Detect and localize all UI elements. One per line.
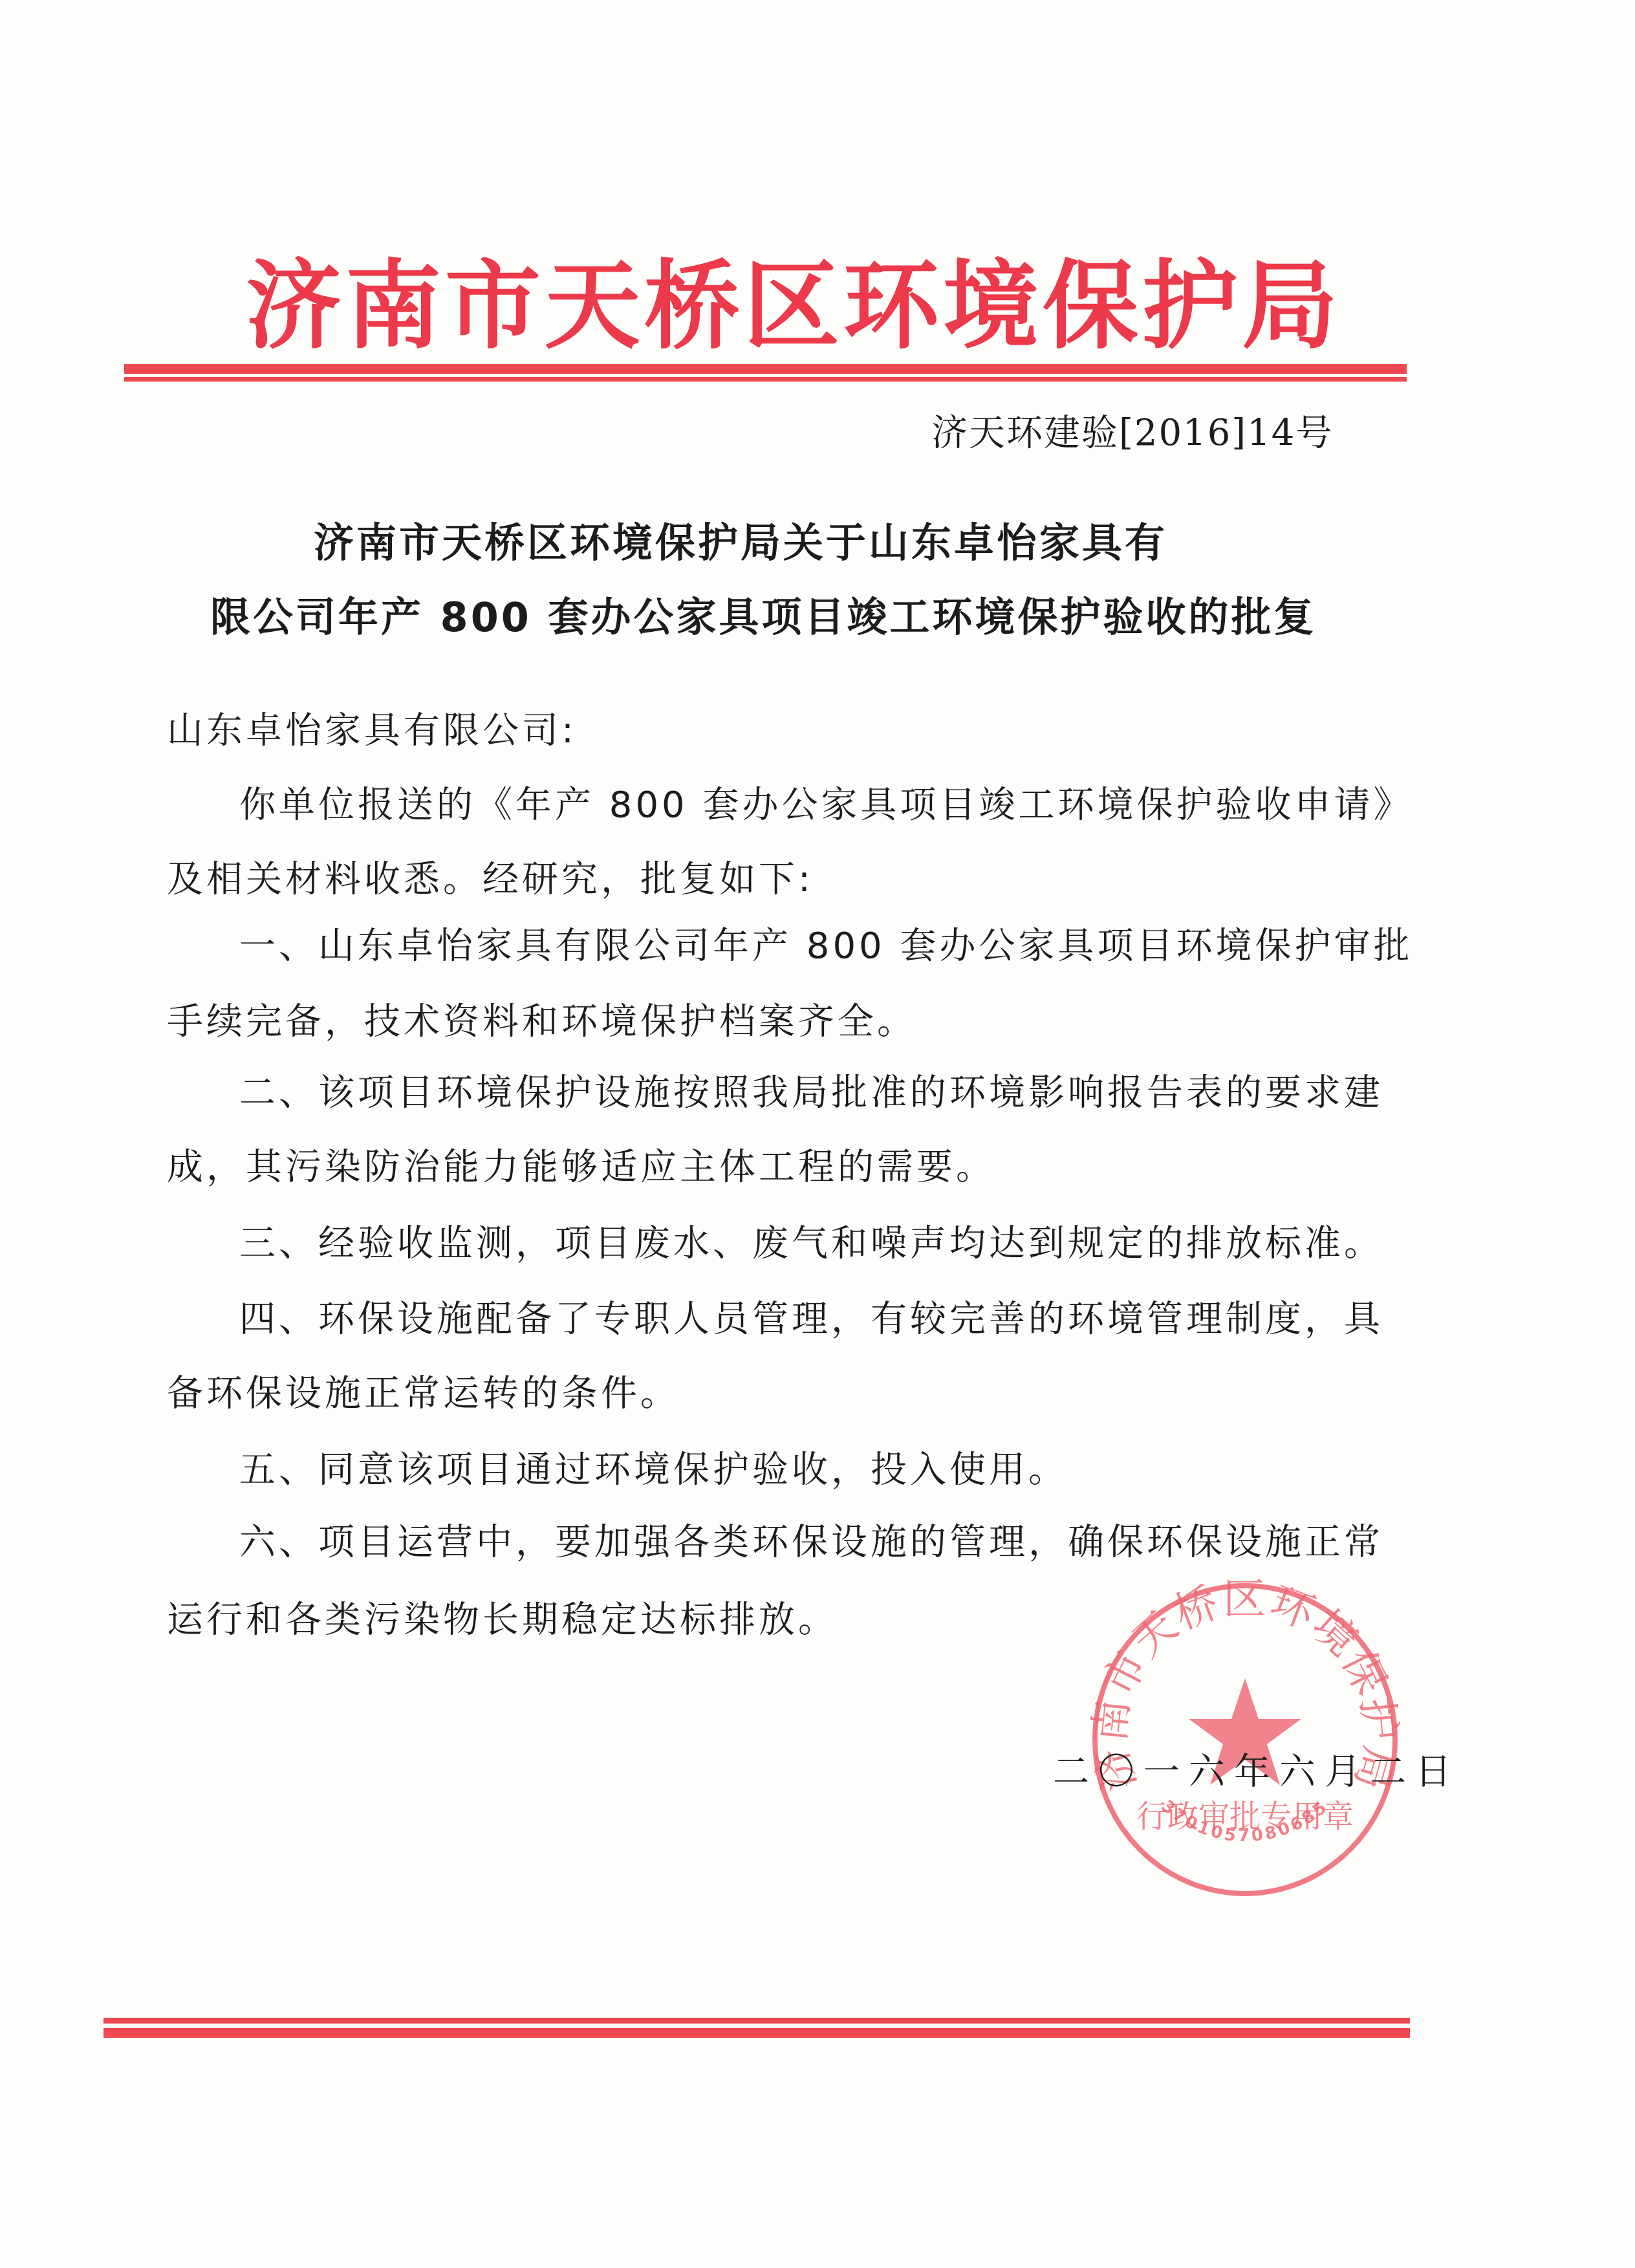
item-5-line-1: 五、同意该项目通过环境保护验收，投入使用。 — [239, 1441, 1068, 1493]
subject-line-2: 限公司年产 800 套办公家具项目竣工环境保护验收的批复 — [210, 585, 1317, 643]
item-6-line-1: 六、项目运营中，要加强各类环保设施的管理，确保环保设施正常 — [239, 1513, 1383, 1565]
seal-graphic: 济南市天桥区环境保护局 行政审批专用章 3701057080685 — [1080, 1578, 1410, 1901]
bottom-rule-thin — [103, 2018, 1410, 2024]
issue-date: 二〇一六年六月二日 — [1053, 1743, 1460, 1795]
document-number: 济天环建验[2016]14号 — [931, 404, 1333, 456]
bottom-rule-thick — [103, 2028, 1410, 2038]
item-1-line-1: 一、山东卓怡家具有限公司年产 800 套办公家具项目环境保护审批 — [239, 917, 1413, 969]
top-rule-thin — [124, 377, 1407, 382]
addressee: 山东卓怡家具有限公司: — [167, 702, 577, 753]
item-2-line-1: 二、该项目环境保护设施按照我局批准的环境影响报告表的要求建 — [239, 1064, 1383, 1116]
item-6-line-2: 运行和各类污染物长期稳定达标排放。 — [167, 1591, 838, 1643]
item-4-line-1: 四、环保设施配备了专职人员管理，有较完善的环境管理制度，具 — [239, 1290, 1383, 1342]
item-1-line-2: 手续完备，技术资料和环境保护档案齐全。 — [167, 993, 916, 1044]
top-rule-thick — [124, 364, 1407, 374]
item-2-line-2: 成，其污染防治能力能够适应主体工程的需要。 — [167, 1138, 995, 1190]
item-3-line-1: 三、经验收监测，项目废水、废气和噪声均达到规定的排放标准。 — [239, 1215, 1383, 1266]
subject-line-1: 济南市天桥区环境保护局关于山东卓怡家具有 — [314, 511, 1167, 568]
intro-line-2: 及相关材料收悉。经研究，批复如下: — [167, 850, 814, 902]
letterhead-title: 济南市天桥区环境保护局 — [246, 230, 1313, 367]
official-seal: 济南市天桥区环境保护局 行政审批专用章 3701057080685 — [1080, 1578, 1410, 1901]
intro-line-1: 你单位报送的《年产 800 套办公家具项目竣工环境保护验收申请》 — [239, 776, 1413, 828]
item-4-line-2: 备环保设施正常运转的条件。 — [167, 1365, 680, 1416]
